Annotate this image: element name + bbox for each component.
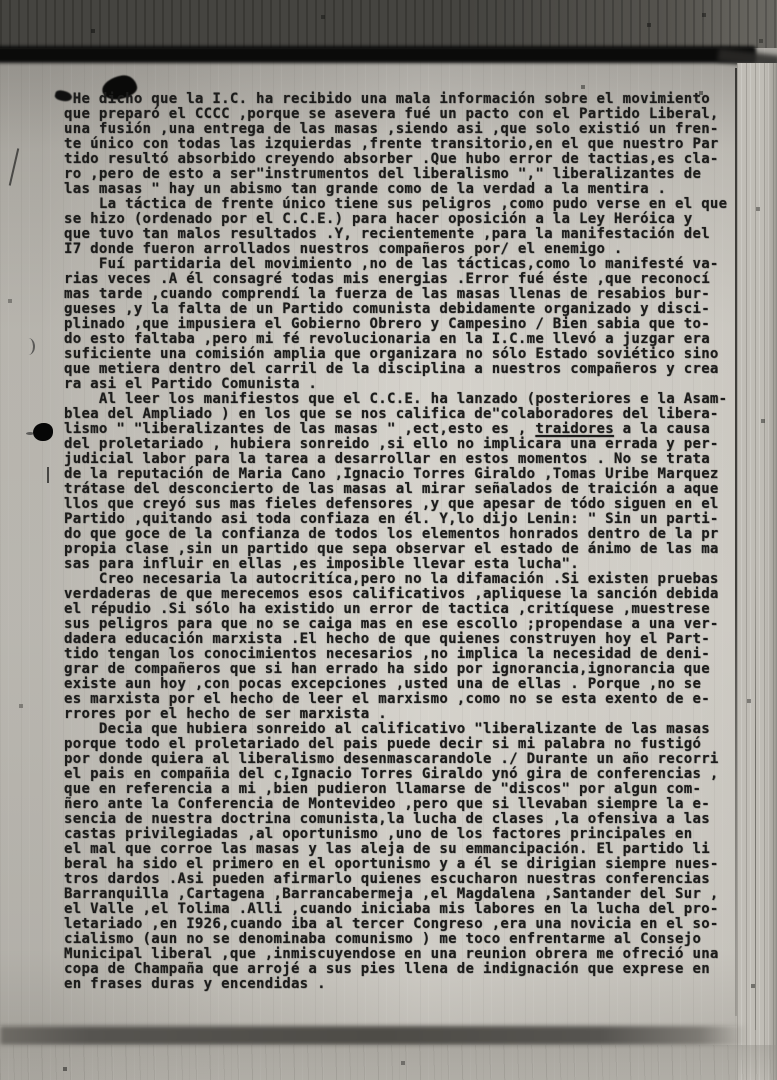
text-line: sas para influir en ellas ,es imposible … <box>64 557 740 572</box>
text-line: La táctica de frente único tiene sus pel… <box>64 197 740 212</box>
paragraph: Decia que hubiera sonreido al calificati… <box>64 722 740 992</box>
paragraph: He dicho que la I.C. ha recibido una mal… <box>64 92 740 197</box>
text-line: que tuvo tan malos resultados .Y, recien… <box>64 227 740 242</box>
scan-right-margin <box>737 63 777 1080</box>
text-line: por donde quiera al liberalismo desenmas… <box>64 752 740 767</box>
text-line: letariado ,en I926,cuando iba al tercer … <box>64 917 740 932</box>
text-line: te único con todas las izquierdas ,frent… <box>64 137 740 152</box>
text-line: existe aun hoy ,con pocas excepciones ,u… <box>64 677 740 692</box>
paragraph: La táctica de frente único tiene sus pel… <box>64 197 740 257</box>
text-line: sencia de nuestra doctrina comunista,la … <box>64 812 740 827</box>
toner-specks <box>0 0 2 2</box>
text-line: Creo necesaria la autocritíca,pero no la… <box>64 572 740 587</box>
text-line: verdaderas de que merecemos esos calific… <box>64 587 740 602</box>
paragraph: Fuí partidaria del movimiento ,no de las… <box>64 257 740 392</box>
text-line: I7 donde fueron arrollados nuestros comp… <box>64 242 740 257</box>
text-line: suficiente una comisión amplia que organ… <box>64 347 740 362</box>
paragraph: Al leer los manifiestos que el C.C.E. ha… <box>64 392 740 572</box>
text-line: ro ,pero de esto a ser"instrumentos del … <box>64 167 740 182</box>
page-edge-line-faint <box>755 560 756 1030</box>
text-line: dadera educación marxista .El hecho de q… <box>64 632 740 647</box>
text-line: del proletariado , hubiera sonreido ,si … <box>64 437 740 452</box>
text-line: en frases duras y encendidas . <box>64 977 740 992</box>
text-line: rrores por el hecho de ser marxista . <box>64 707 740 722</box>
text-line: castas privilegiadas ,al oportunismo ,un… <box>64 827 740 842</box>
text-line: Municipal liberal ,que ,inmiscuyendose e… <box>64 947 740 962</box>
text-line: el répudio .Si sólo ha existido un error… <box>64 602 740 617</box>
text-line: Partido ,quitando asi toda confiaza en é… <box>64 512 740 527</box>
text-line: que en referencia a mi ,bien pudieron ll… <box>64 782 740 797</box>
text-line: de la reputación de Maria Cano ,Ignacio … <box>64 467 740 482</box>
text-line: Decia que hubiera sonreido al calificati… <box>64 722 740 737</box>
text-line: es marxista por el hecho de leer el marx… <box>64 692 740 707</box>
text-line: porque todo el proletariado del pais pue… <box>64 737 740 752</box>
text-line: lismo " "liberalizantes de las masas " ,… <box>64 422 740 437</box>
text-line: cialismo (aun no se denominaba comunismo… <box>64 932 740 947</box>
text-line: las masas " hay un abismo tan grande com… <box>64 182 740 197</box>
text-line: do que goce de la confianza de todos los… <box>64 527 740 542</box>
text-line: He dicho que la I.C. ha recibido una mal… <box>64 92 740 107</box>
pen-mark-tick <box>47 467 49 483</box>
text-line: rias veces .A él consagré todas mis ener… <box>64 272 740 287</box>
text-line: Barranquilla ,Cartagena ,Barrancabermeja… <box>64 887 740 902</box>
scan-bottom-fold-band <box>0 1026 748 1045</box>
text-line: grar de compañeros que si han errado ha … <box>64 662 740 677</box>
text-line: el Valle ,el Tolima .Alli ,cuando inicia… <box>64 902 740 917</box>
text-line: gueses ,y la falta de un Partido comunis… <box>64 302 740 317</box>
text-line: que preparó el CCCC ,porque se asevera f… <box>64 107 740 122</box>
text-line: trátase del desconcierto de las masas al… <box>64 482 740 497</box>
text-line: ra asi el Partido Comunista . <box>64 377 740 392</box>
scan-top-fold-band <box>0 46 756 63</box>
text-line: do esto faltaba ,pero mi fé revolucionar… <box>64 332 740 347</box>
paragraph: Creo necesaria la autocritíca,pero no la… <box>64 572 740 722</box>
text-line: Al leer los manifiestos que el C.C.E. ha… <box>64 392 740 407</box>
text-line: judicial labor para la tarea a desarroll… <box>64 452 740 467</box>
text-line: blea del Ampliado ) en los que se nos ca… <box>64 407 740 422</box>
text-line: tros dardos .Asi pueden afirmarlo quiene… <box>64 872 740 887</box>
typed-text: He dicho que la I.C. ha recibido una mal… <box>64 92 740 992</box>
text-line: que metiera dentro del carril de la disc… <box>64 362 740 377</box>
text-line: Fuí partidaria del movimiento ,no de las… <box>64 257 740 272</box>
text-line: llos que creyó sus mas fieles defensores… <box>64 497 740 512</box>
text-line: plinado ,que impusiera el Gobierno Obrer… <box>64 317 740 332</box>
text-line: tido tengan los conocimientos necesarios… <box>64 647 740 662</box>
ink-dot <box>33 423 53 441</box>
scan-top-shadow <box>0 0 777 48</box>
text-line: ñero ante la Conferencia de Montevideo ,… <box>64 797 740 812</box>
text-line: se hizo (ordenado por el C.C.E.) para ha… <box>64 212 740 227</box>
pen-mark-slash <box>9 148 19 185</box>
pen-mark-paren <box>24 338 35 355</box>
text-line: sus peligros para que no se caiga mas en… <box>64 617 740 632</box>
text-line: una fusión ,una entrega de las masas ,si… <box>64 122 740 137</box>
text-line: copa de Champaña que arrojé a sus pies l… <box>64 962 740 977</box>
text-line: beral ha sido el primero en el oportunis… <box>64 857 740 872</box>
scanned-page: He dicho que la I.C. ha recibido una mal… <box>0 0 777 1080</box>
text-line: tido resultó absorbido creyendo absorber… <box>64 152 740 167</box>
scan-bottom-shadow <box>0 1045 777 1080</box>
text-line: el mal que corroe las masas y las aleja … <box>64 842 740 857</box>
text-line: propia clase ,sin un partido que sepa ob… <box>64 542 740 557</box>
text-line: el pais en compañia del c,Ignacio Torres… <box>64 767 740 782</box>
text-line: mas tarde ,cuando comprendí la fuerza de… <box>64 287 740 302</box>
